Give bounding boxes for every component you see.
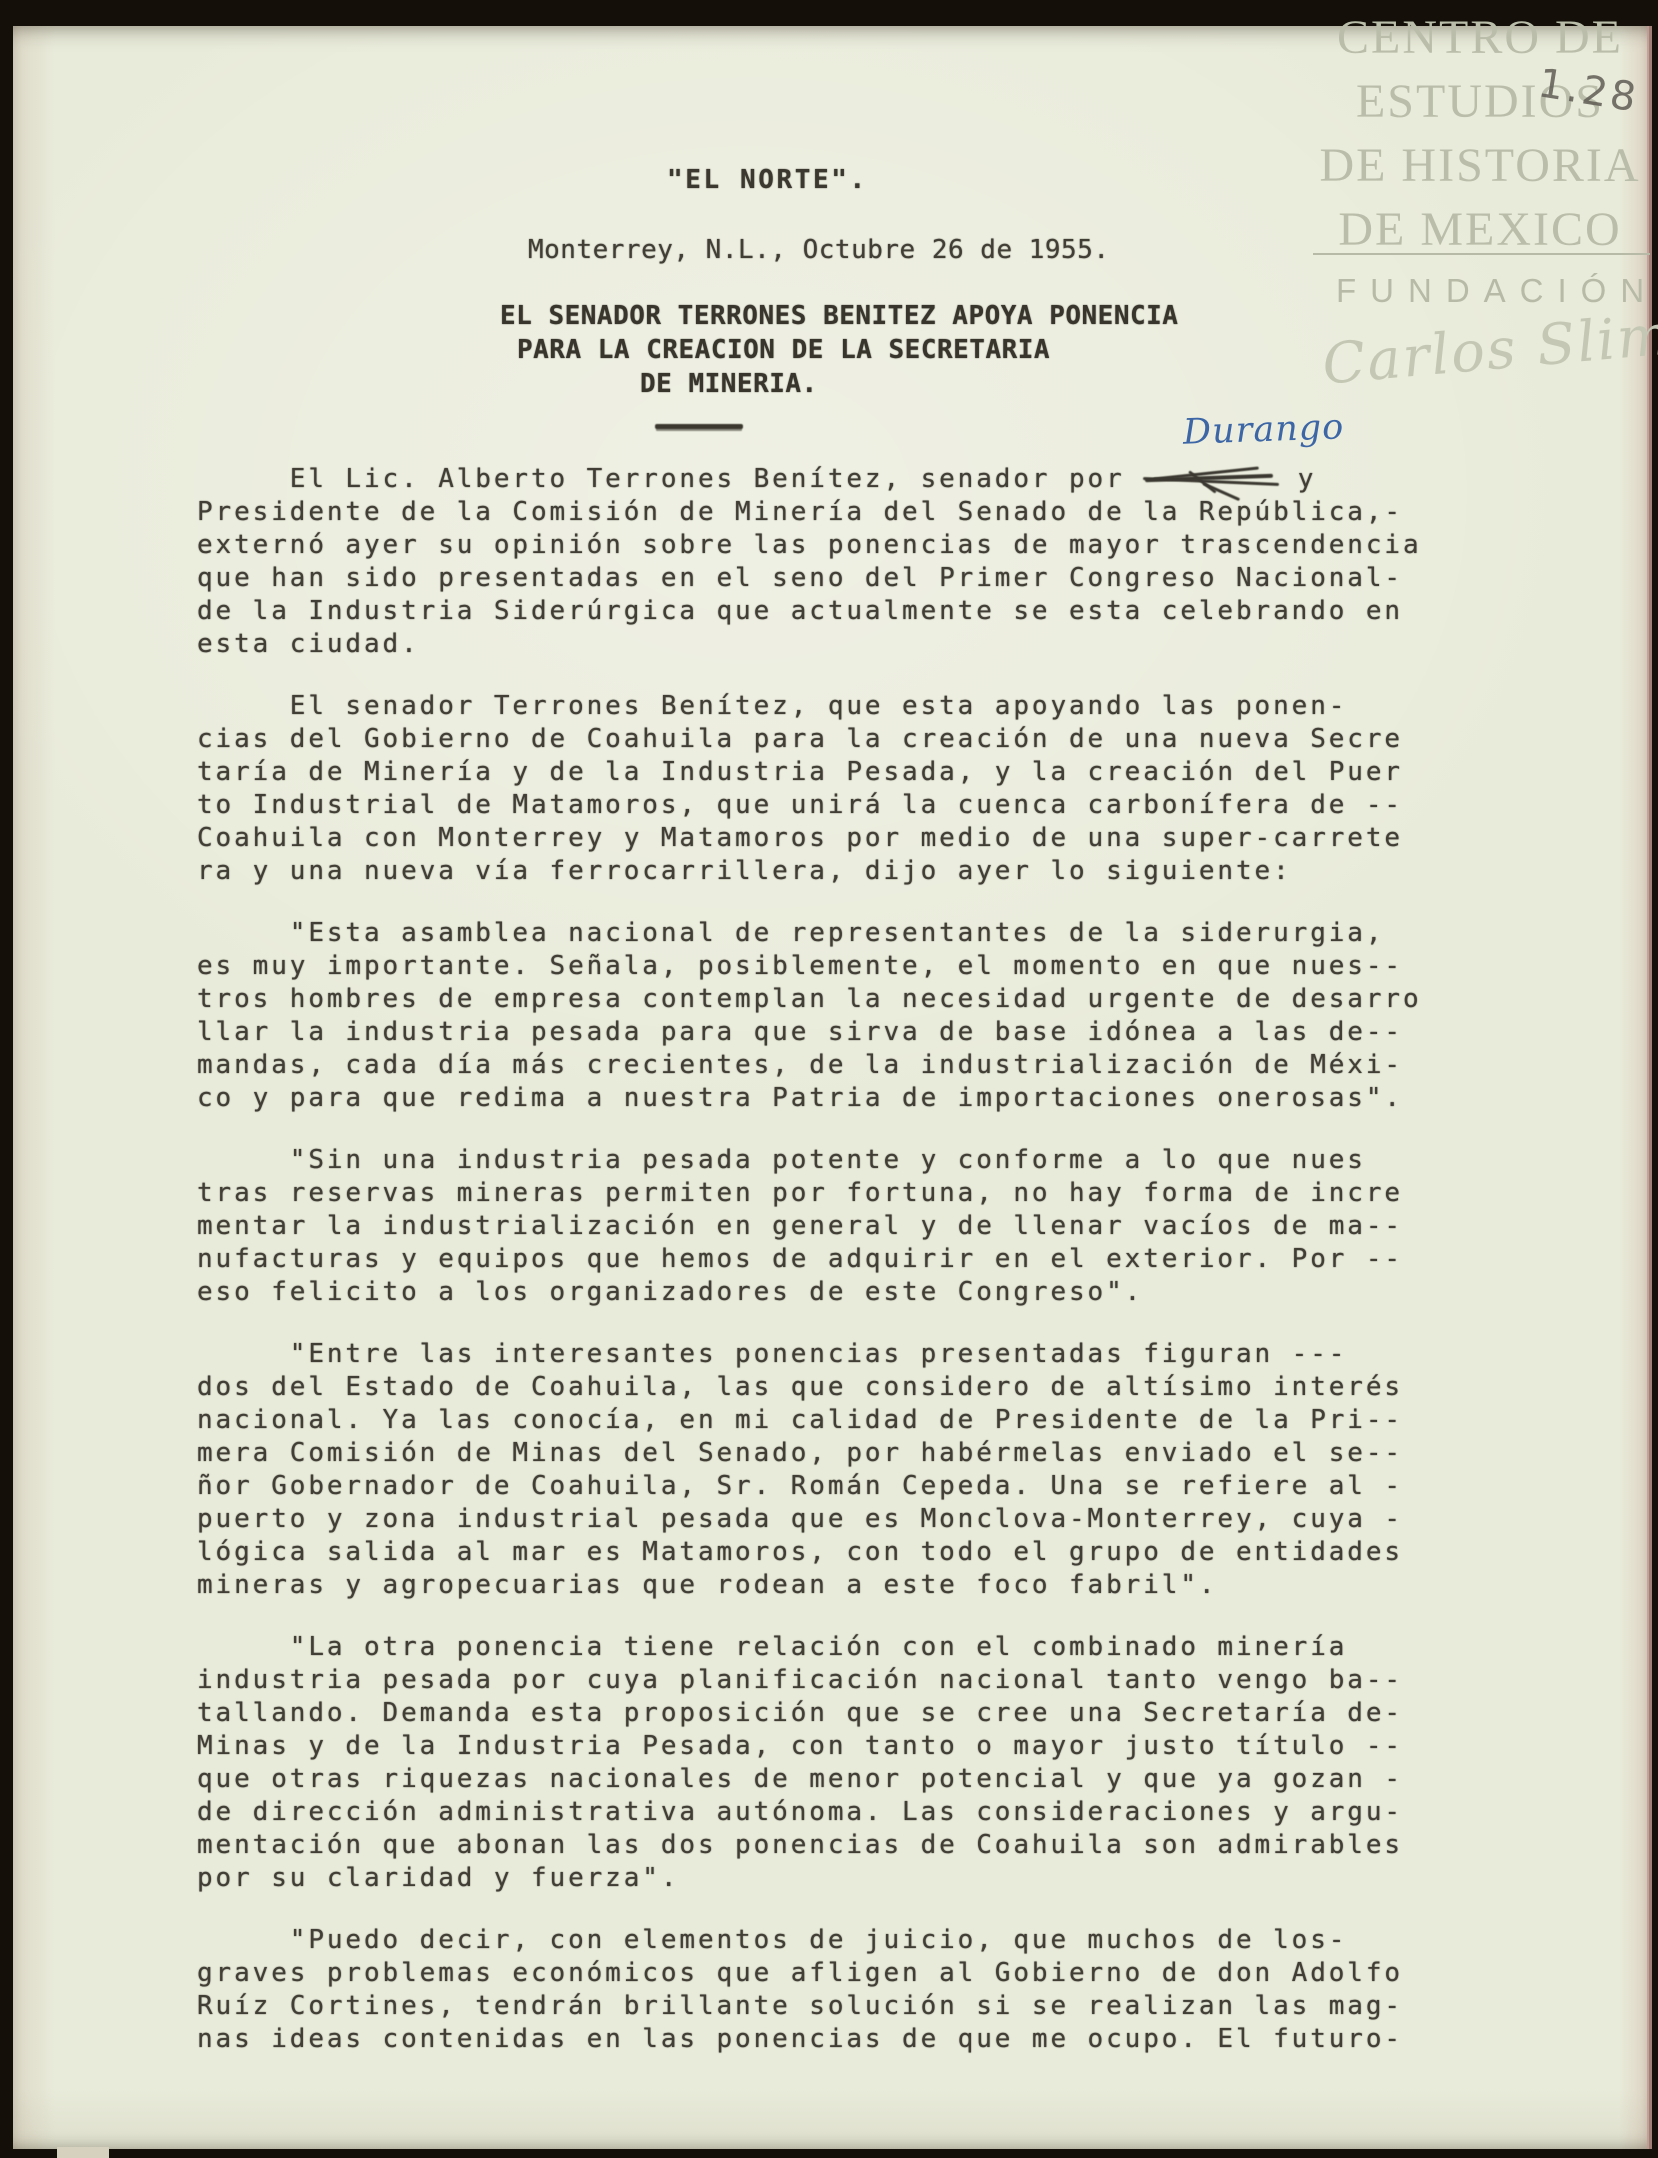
paragraph: El Lic. Alberto Terrones Benítez, senado…	[197, 463, 1457, 661]
typewritten-line: puerto y zona industrial pesada que es M…	[197, 1503, 1457, 1536]
paragraph: "La otra ponencia tiene relación con el …	[197, 1631, 1457, 1895]
typewritten-line: graves problemas económicos que afligen …	[197, 1957, 1457, 1990]
typewritten-line: co y para que redima a nuestra Patria de…	[197, 1082, 1457, 1115]
headline-line-3: DE MINERIA.	[640, 369, 818, 399]
paragraph: "Entre las interesantes ponencias presen…	[197, 1338, 1457, 1602]
watermark-line: CENTRO DE	[1300, 6, 1658, 70]
dateline: Monterrey, N.L., Octubre 26 de 1955.	[528, 235, 1110, 265]
typewritten-line: esta ciudad.	[197, 628, 1457, 661]
archive-watermark: CENTRO DE ESTUDIOS DE HISTORIA DE MEXICO	[1300, 6, 1658, 262]
typewritten-line: que otras riquezas nacionales de menor p…	[197, 1763, 1457, 1796]
paragraph: "Puedo decir, con elementos de juicio, q…	[197, 1924, 1457, 2056]
typewritten-line: mentar la industrialización en general y…	[197, 1210, 1457, 1243]
watermark-foundation-label: FUNDACIÓN	[1336, 272, 1658, 310]
typewritten-line: El Lic. Alberto Terrones Benítez, senado…	[197, 463, 1457, 496]
typewritten-line: "Puedo decir, con elementos de juicio, q…	[197, 1924, 1457, 1957]
paragraph: "Sin una industria pesada potente y conf…	[197, 1144, 1457, 1309]
typewritten-line: mera Comisión de Minas del Senado, por h…	[197, 1437, 1457, 1470]
handwritten-correction-durango: Durango	[1182, 407, 1345, 453]
typewritten-line: tras reservas mineras permiten por fortu…	[197, 1177, 1457, 1210]
paragraph: El senador Terrones Benítez, que esta ap…	[197, 690, 1457, 888]
typewritten-line: llar la industria pesada para que sirva …	[197, 1016, 1457, 1049]
typewritten-line: cias del Gobierno de Coahuila para la cr…	[197, 723, 1457, 756]
typewritten-line: nacional. Ya las conocía, en mi calidad …	[197, 1404, 1457, 1437]
headline-line-1: EL SENADOR TERRONES BENITEZ APOYA PONENC…	[500, 301, 1178, 331]
typewritten-line: externó ayer su opinión sobre las ponenc…	[197, 529, 1457, 562]
typewritten-line: taría de Minería y de la Industria Pesad…	[197, 756, 1457, 789]
typewritten-line: Presidente de la Comisión de Minería del…	[197, 496, 1457, 529]
strikethrough-scribble	[1143, 468, 1279, 490]
line-text: y	[1279, 464, 1316, 494]
headline-underline-dash	[655, 424, 743, 429]
typewritten-line: Ruíz Cortines, tendrán brillante solució…	[197, 1990, 1457, 2023]
typewritten-line: dos del Estado de Coahuila, las que cons…	[197, 1371, 1457, 1404]
typewritten-line: tallando. Demanda esta proposición que s…	[197, 1697, 1457, 1730]
typewritten-line: Minas y de la Industria Pesada, con tant…	[197, 1730, 1457, 1763]
line-text: El Lic. Alberto Terrones Benítez, senado…	[197, 464, 1143, 494]
headline-line-2: PARA LA CREACION DE LA SECRETARIA	[517, 335, 1050, 365]
typewritten-line: mentación que abonan las dos ponencias d…	[197, 1829, 1457, 1862]
typewritten-line: "Esta asamblea nacional de representante…	[197, 917, 1457, 950]
typewritten-line: tros hombres de empresa contemplan la ne…	[197, 983, 1457, 1016]
typewritten-line: mineras y agropecuarias que rodean a est…	[197, 1569, 1457, 1602]
typewritten-line: nas ideas contenidas en las ponencias de…	[197, 2023, 1457, 2056]
watermark-divider-line	[1313, 253, 1650, 255]
watermark-line: DE HISTORIA	[1300, 134, 1658, 198]
typewritten-line: nufacturas y equipos que hemos de adquir…	[197, 1243, 1457, 1276]
scanned-document-page: CENTRO DE ESTUDIOS DE HISTORIA DE MEXICO…	[0, 0, 1658, 2158]
typewritten-line: de la Industria Siderúrgica que actualme…	[197, 595, 1457, 628]
typewritten-line: lógica salida al mar es Matamoros, con t…	[197, 1536, 1457, 1569]
typewritten-line: es muy importante. Señala, posiblemente,…	[197, 950, 1457, 983]
typewritten-line: El senador Terrones Benítez, que esta ap…	[197, 690, 1457, 723]
typewritten-line: que han sido presentadas en el seno del …	[197, 562, 1457, 595]
typewritten-line: ra y una nueva vía ferrocarrillera, dijo…	[197, 855, 1457, 888]
typewritten-line: to Industrial de Matamoros, que unirá la…	[197, 789, 1457, 822]
typewritten-line: "La otra ponencia tiene relación con el …	[197, 1631, 1457, 1664]
typewritten-line: por su claridad y fuerza".	[197, 1862, 1457, 1895]
typewritten-line: "Sin una industria pesada potente y conf…	[197, 1144, 1457, 1177]
body-paragraphs: El Lic. Alberto Terrones Benítez, senado…	[197, 463, 1457, 2085]
typewritten-line: ñor Gobernador de Coahuila, Sr. Román Ce…	[197, 1470, 1457, 1503]
typewritten-line: eso felicito a los organizadores de este…	[197, 1276, 1457, 1309]
typewritten-line: mandas, cada día más crecientes, de la i…	[197, 1049, 1457, 1082]
typewritten-line: de dirección administrativa autónoma. La…	[197, 1796, 1457, 1829]
newspaper-title: "EL NORTE".	[667, 165, 868, 195]
paragraph: "Esta asamblea nacional de representante…	[197, 917, 1457, 1115]
typewritten-line: Coahuila con Monterrey y Matamoros por m…	[197, 822, 1457, 855]
scan-bottom-notch	[57, 2147, 109, 2158]
typewritten-line: "Entre las interesantes ponencias presen…	[197, 1338, 1457, 1371]
typewritten-line: industria pesada por cuya planificación …	[197, 1664, 1457, 1697]
